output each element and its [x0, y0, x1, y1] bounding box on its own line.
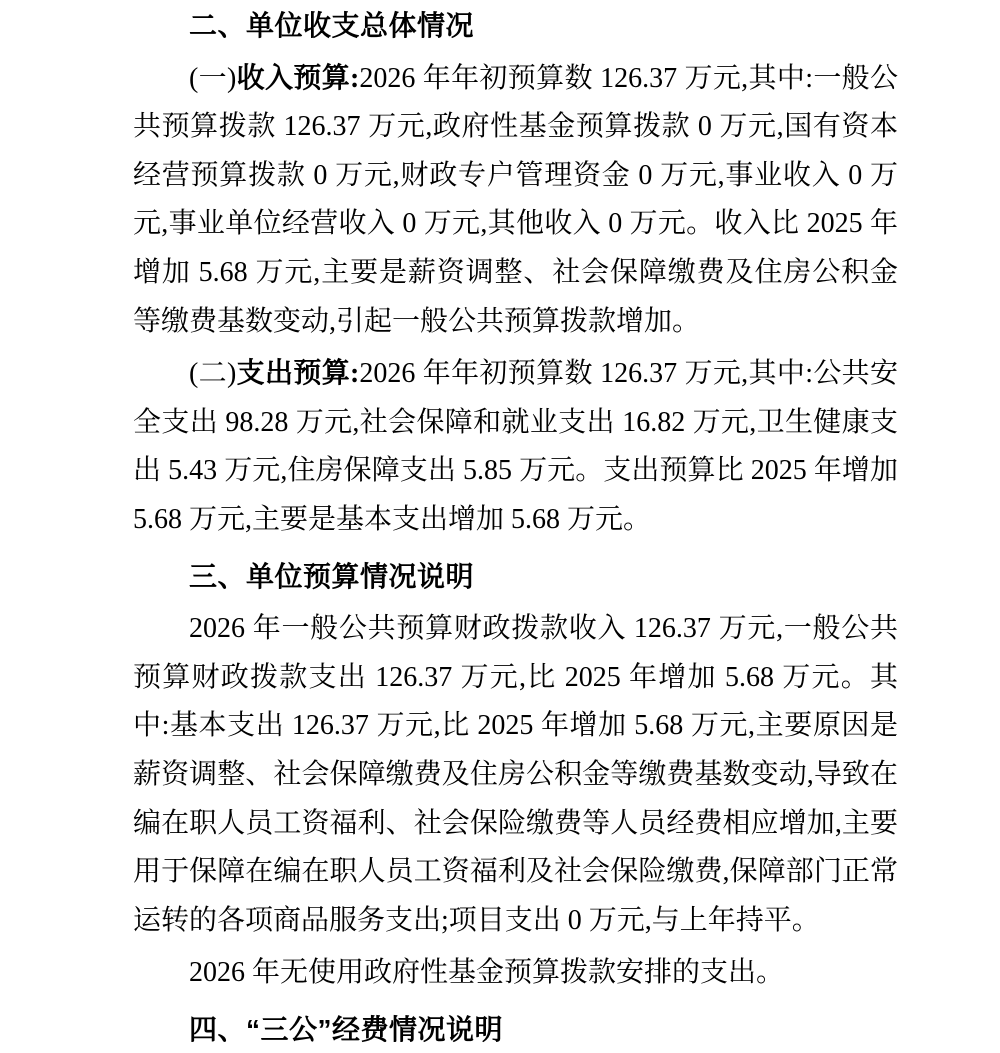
income-budget-paragraph: (一)收入预算:2026 年年初预算数 126.37 万元,其中:一般公共预算拨… — [133, 55, 898, 347]
document-page: 二、单位收支总体情况 (一)收入预算:2026 年年初预算数 126.37 万元… — [0, 0, 1000, 1053]
income-budget-label: 收入预算: — [236, 63, 359, 94]
budget-explanation-paragraph: 2026 年一般公共预算财政拨款收入 126.37 万元,一般公共预算财政拨款支… — [133, 605, 898, 945]
section-2-heading: 二、单位收支总体情况 — [133, 2, 898, 51]
income-budget-body: 2026 年年初预算数 126.37 万元,其中:一般公共预算拨款 126.37… — [133, 63, 898, 337]
section-3-heading: 三、单位预算情况说明 — [133, 553, 898, 602]
expenditure-budget-numbering: (二) — [189, 358, 236, 389]
section-4-heading: 四、“三公”经费情况说明 — [133, 1006, 898, 1053]
gov-fund-note-paragraph: 2026 年无使用政府性基金预算拨款安排的支出。 — [133, 949, 898, 998]
expenditure-budget-label: 支出预算: — [236, 358, 359, 389]
income-budget-numbering: (一) — [189, 63, 236, 94]
expenditure-budget-paragraph: (二)支出预算:2026 年年初预算数 126.37 万元,其中:公共安全支出 … — [133, 350, 898, 544]
